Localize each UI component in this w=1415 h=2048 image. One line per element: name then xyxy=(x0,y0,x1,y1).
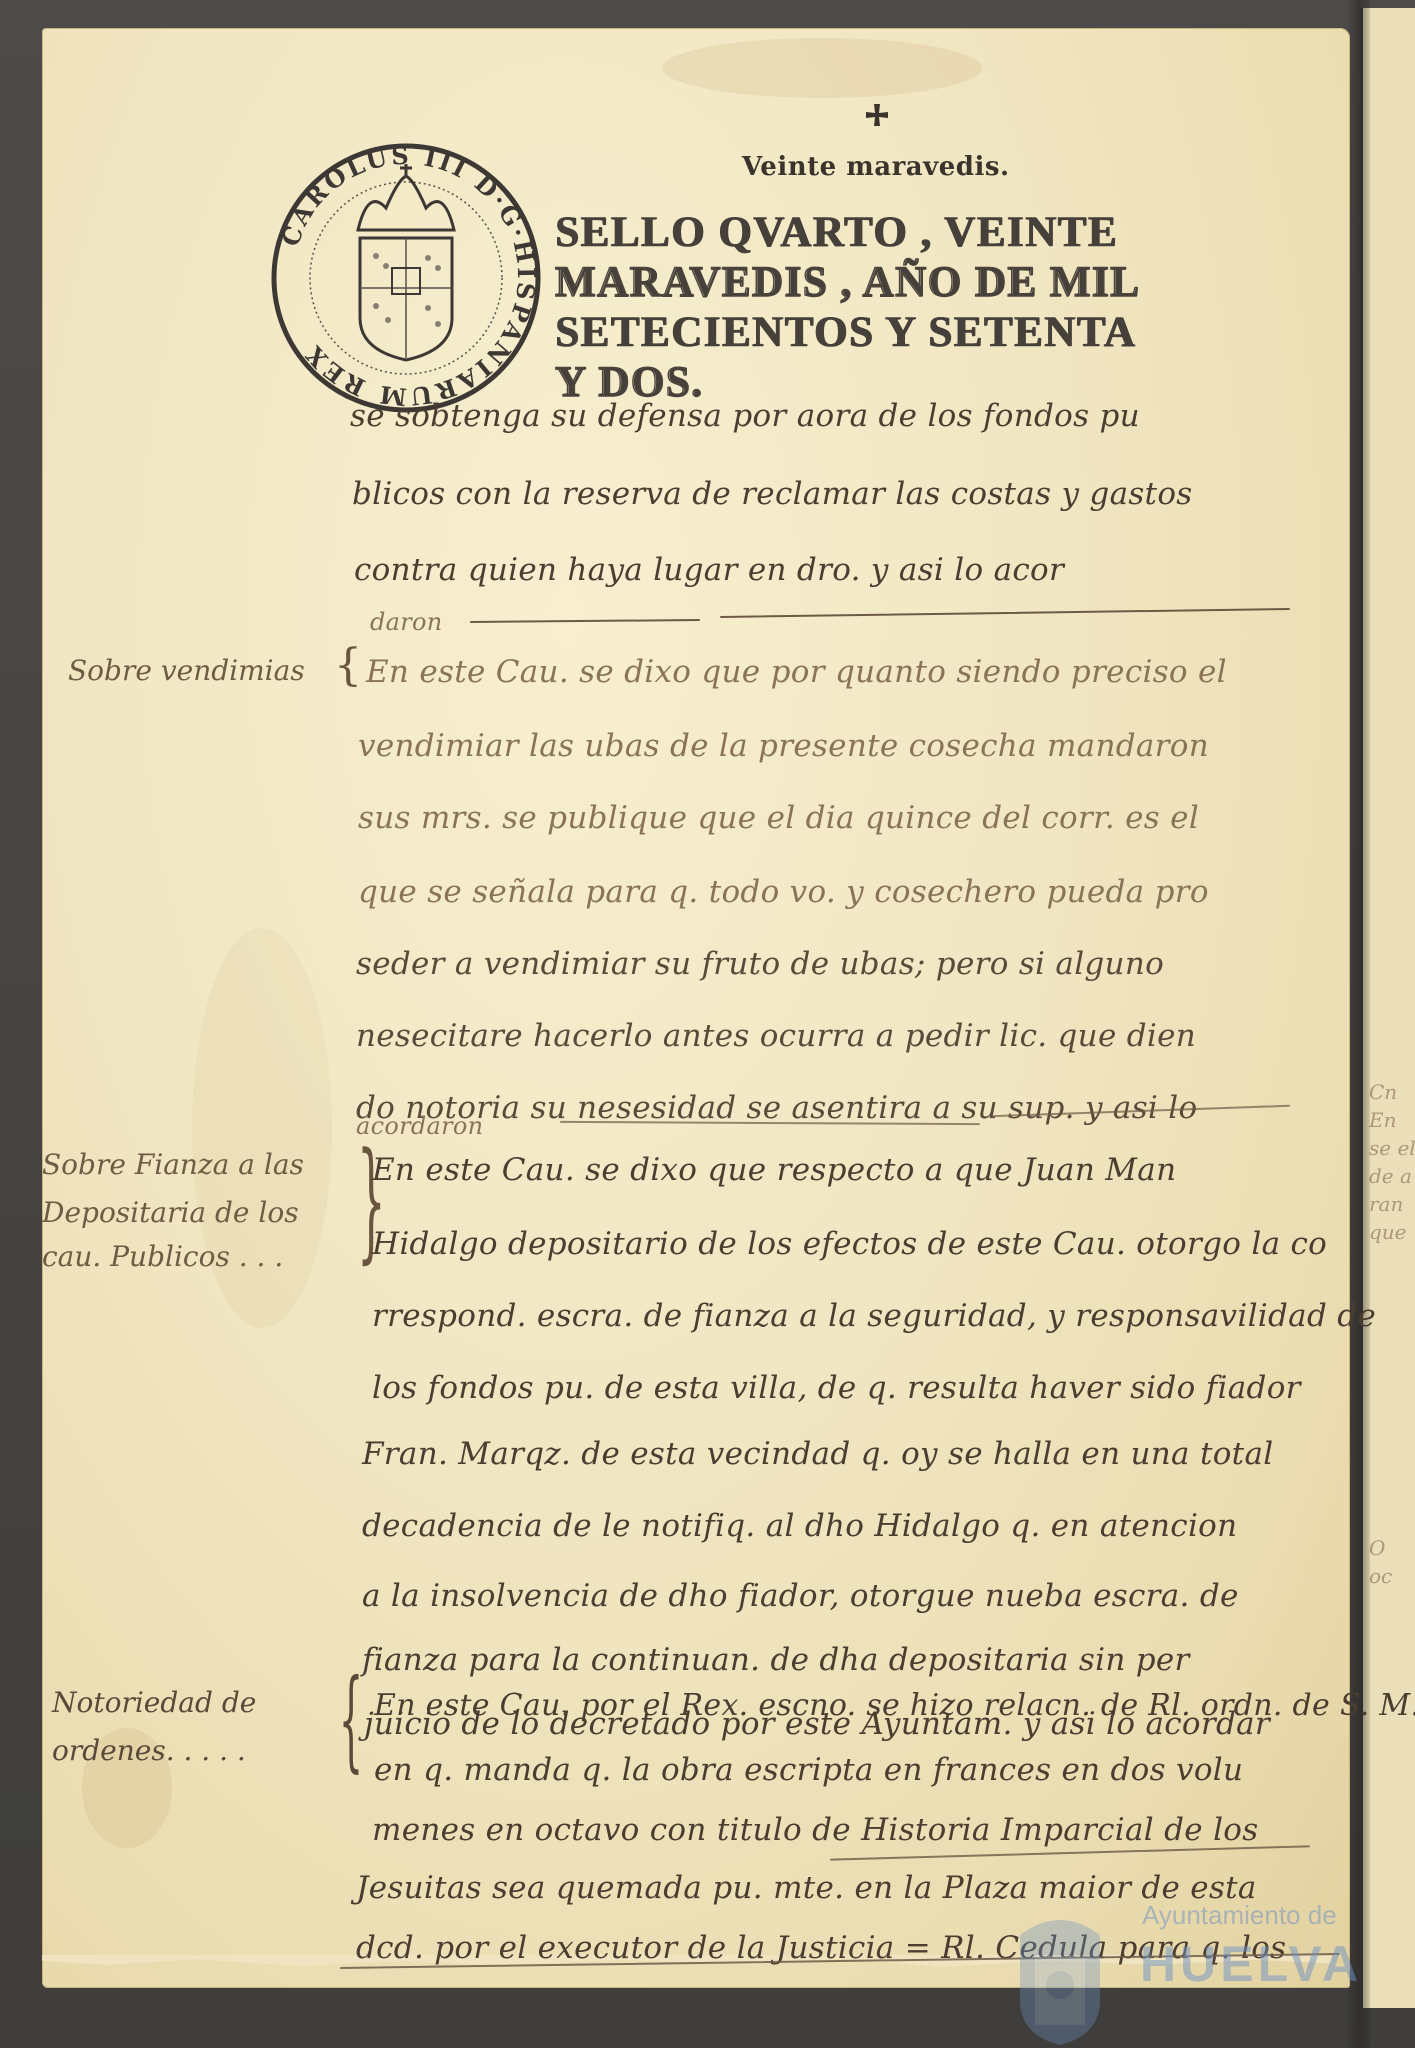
manuscript-line: los fondos pu. de esta villa, de q. resu… xyxy=(372,1370,1301,1406)
manuscript-line: En este Cau. por el Rex. escno. se hizo … xyxy=(374,1688,1415,1723)
adjacent-fragment: de a xyxy=(1369,1164,1412,1188)
watermark-brand: HUELVA xyxy=(1140,1935,1362,1993)
printed-stamp-header: SELLO QVARTO , VEINTE MARAVEDIS , AÑO DE… xyxy=(555,208,1255,408)
margin-note-fianza: Depositaria de los xyxy=(42,1196,299,1229)
manuscript-line: que se señala para q. todo vo. y coseche… xyxy=(358,874,1209,910)
manuscript-line: sus mrs. se publique que el dia quince d… xyxy=(358,800,1199,836)
adjacent-fragment: ran xyxy=(1369,1192,1403,1216)
margin-note-vendimias: Sobre vendimias xyxy=(68,654,305,687)
manuscript-line: En este Cau. se dixo que respecto a que … xyxy=(372,1152,1176,1188)
manuscript-line: a la insolvencia de dho fiador, otorgue … xyxy=(362,1578,1239,1614)
stamp-header-line: SETECIENTOS Y SETENTA xyxy=(555,308,1255,358)
stamp-header-line: SELLO QVARTO , VEINTE xyxy=(555,208,1255,258)
cross-pattee-icon xyxy=(862,102,892,132)
manuscript-line: Fran. Marqz. de esta vecindad q. oy se h… xyxy=(362,1436,1273,1472)
adjacent-fragment: oc xyxy=(1369,1564,1392,1588)
margin-note-notoriedad: ordenes. . . . . xyxy=(52,1734,246,1767)
margin-note-notoriedad: Notoriedad de xyxy=(52,1686,256,1719)
manuscript-line: nesecitare hacerlo antes ocurra a pedir … xyxy=(356,1018,1196,1054)
watermark-label: Ayuntamiento de xyxy=(1142,1900,1337,1931)
manuscript-line: se sobtenga su defensa por aora de los f… xyxy=(350,398,1140,434)
manuscript-line: Hidalgo depositario de los efectos de es… xyxy=(372,1226,1327,1262)
spine-shadow xyxy=(1348,0,1370,2048)
huelva-coat-of-arms-icon xyxy=(1005,1905,1115,2048)
manuscript-line: fianza para la continuan. de dha deposit… xyxy=(362,1642,1190,1678)
manuscript-line: menes en octavo con titulo de Historia I… xyxy=(372,1812,1258,1848)
manuscript-line: En este Cau. se dixo que por quanto sien… xyxy=(366,654,1227,690)
manuscript-line: daron xyxy=(370,608,443,636)
adjacent-fragment: que xyxy=(1369,1220,1407,1244)
manuscript-line: seder a vendimiar su fruto de ubas; pero… xyxy=(356,946,1164,982)
adjacent-fragment: O xyxy=(1369,1536,1385,1560)
manuscript-line: Jesuitas sea quemada pu. mte. en la Plaz… xyxy=(356,1870,1257,1906)
royal-seal-icon: CAROLUS III D·G·HISPANIARUM REX xyxy=(268,138,544,414)
manuscript-line: vendimiar las ubas de la presente cosech… xyxy=(358,728,1209,764)
margin-note-fianza: Sobre Fianza a las xyxy=(42,1148,304,1181)
manuscript-line: en q. manda q. la obra escripta en franc… xyxy=(374,1752,1243,1788)
stain xyxy=(662,38,982,98)
adjacent-fragment: En xyxy=(1369,1108,1396,1132)
manuscript-line: contra quien haya lugar en dro. y asi lo… xyxy=(354,552,1064,588)
manuscript-line: decadencia de le notifiq. al dho Hidalgo… xyxy=(362,1508,1237,1544)
stamp-denomination: Veinte maravedis. xyxy=(742,152,1010,182)
adjacent-fragment: Cn xyxy=(1369,1080,1397,1104)
manuscript-line: rrespond. escra. de fianza a la segurida… xyxy=(372,1298,1376,1334)
stamp-header-line: MARAVEDIS , AÑO DE MIL xyxy=(555,258,1255,308)
margin-note-fianza: cau. Publicos . . . xyxy=(42,1240,283,1273)
adjacent-fragment: se el xyxy=(1369,1136,1415,1160)
brace: { xyxy=(339,1664,364,1774)
brace: { xyxy=(334,640,362,691)
manuscript-line: blicos con la reserva de reclamar las co… xyxy=(352,476,1193,512)
